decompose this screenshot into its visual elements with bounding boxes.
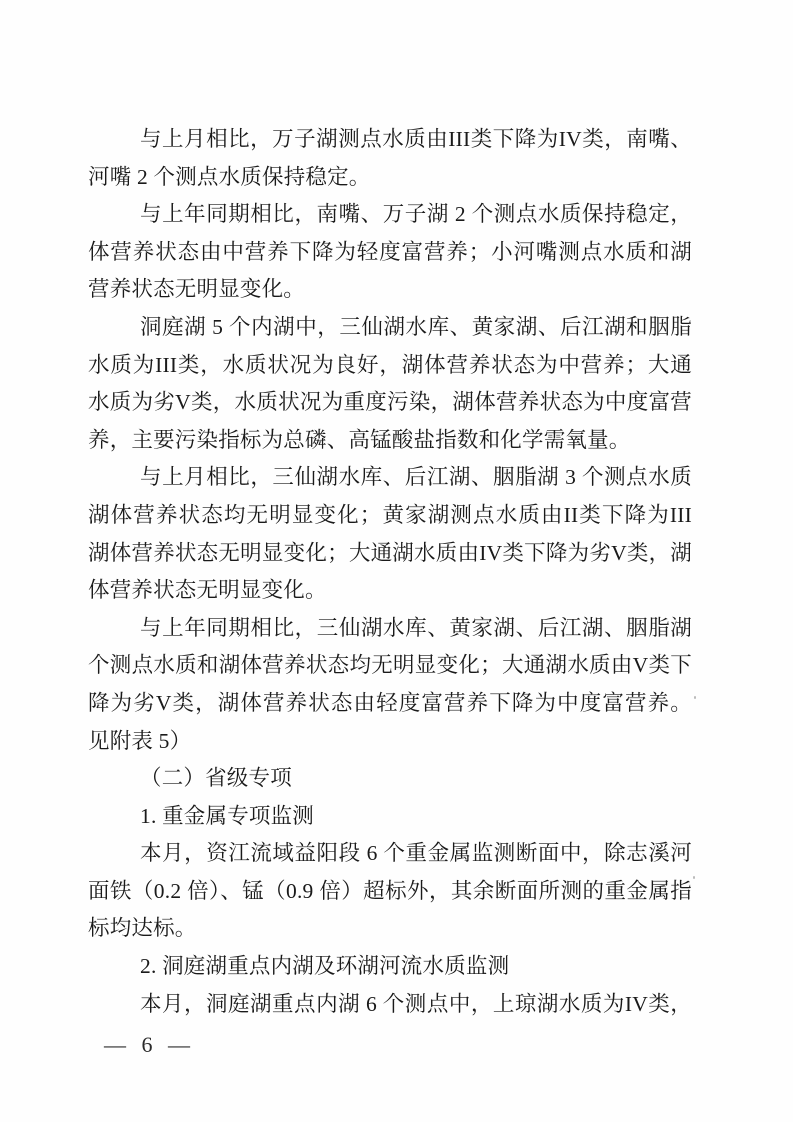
text-line: 水质为劣V类，水质状况为重度污染，湖体营养状态为中度富营 bbox=[88, 384, 692, 422]
text-line: 2. 洞庭湖重点内湖及环湖河流水质监测 bbox=[88, 948, 692, 986]
text-line: 见附表 5） bbox=[88, 723, 692, 761]
scan-speck bbox=[694, 696, 696, 699]
text-line: 与上月相比，三仙湖水库、后江湖、胭脂湖 3 个测点水质和 bbox=[88, 459, 692, 497]
document-body: 与上月相比，万子湖测点水质由III类下降为IV类，南嘴、小河嘴 2 个测点水质保… bbox=[88, 121, 692, 1023]
text-line: 面铁（0.2 倍）、锰（0.9 倍）超标外，其余断面所测的重金属指 bbox=[88, 873, 692, 911]
document-page: 与上月相比，万子湖测点水质由III类下降为IV类，南嘴、小河嘴 2 个测点水质保… bbox=[0, 0, 793, 1122]
text-line: 本月，洞庭湖重点内湖 6 个测点中，上琼湖水质为IV类，水 bbox=[88, 986, 692, 1024]
text-line: 河嘴 2 个测点水质保持稳定。 bbox=[88, 159, 692, 197]
page-number-label: — 6 — bbox=[104, 1032, 192, 1057]
text-line: 体营养状态由中营养下降为轻度富营养；小河嘴测点水质和湖体 bbox=[88, 234, 692, 272]
text-line: 湖体营养状态均无明显变化；黄家湖测点水质由II类下降为III类， bbox=[88, 497, 692, 535]
text-line: 与上年同期相比，南嘴、万子湖 2 个测点水质保持稳定，湖 bbox=[88, 196, 692, 234]
text-line: （二）省级专项 bbox=[88, 760, 692, 798]
text-line: 个测点水质和湖体营养状态均无明显变化；大通湖水质由V类下 bbox=[88, 647, 692, 685]
text-line: 标均达标。 bbox=[88, 910, 692, 948]
text-line: 1. 重金属专项监测 bbox=[88, 798, 692, 836]
text-line: 体营养状态无明显变化。 bbox=[88, 572, 692, 610]
text-line: 降为劣V类，湖体营养状态由轻度富营养下降为中度富营养。（详 bbox=[88, 685, 692, 723]
text-line: 与上月相比，万子湖测点水质由III类下降为IV类，南嘴、小 bbox=[88, 121, 692, 159]
text-line: 洞庭湖 5 个内湖中，三仙湖水库、黄家湖、后江湖和胭脂湖 bbox=[88, 309, 692, 347]
text-line: 与上年同期相比，三仙湖水库、黄家湖、后江湖、胭脂湖 4 bbox=[88, 610, 692, 648]
text-line: 湖体营养状态无明显变化；大通湖水质由IV类下降为劣V类，湖 bbox=[88, 535, 692, 573]
scan-speck bbox=[693, 876, 695, 879]
text-line: 本月，资江流域益阳段 6 个重金属监测断面中，除志溪河断 bbox=[88, 835, 692, 873]
page-number-footer: — 6 — bbox=[104, 1030, 192, 1060]
text-line: 水质为III类，水质状况为良好，湖体营养状态为中营养；大通湖 bbox=[88, 347, 692, 385]
text-line: 养，主要污染指标为总磷、高锰酸盐指数和化学需氧量。 bbox=[88, 422, 692, 460]
text-line: 营养状态无明显变化。 bbox=[88, 271, 692, 309]
